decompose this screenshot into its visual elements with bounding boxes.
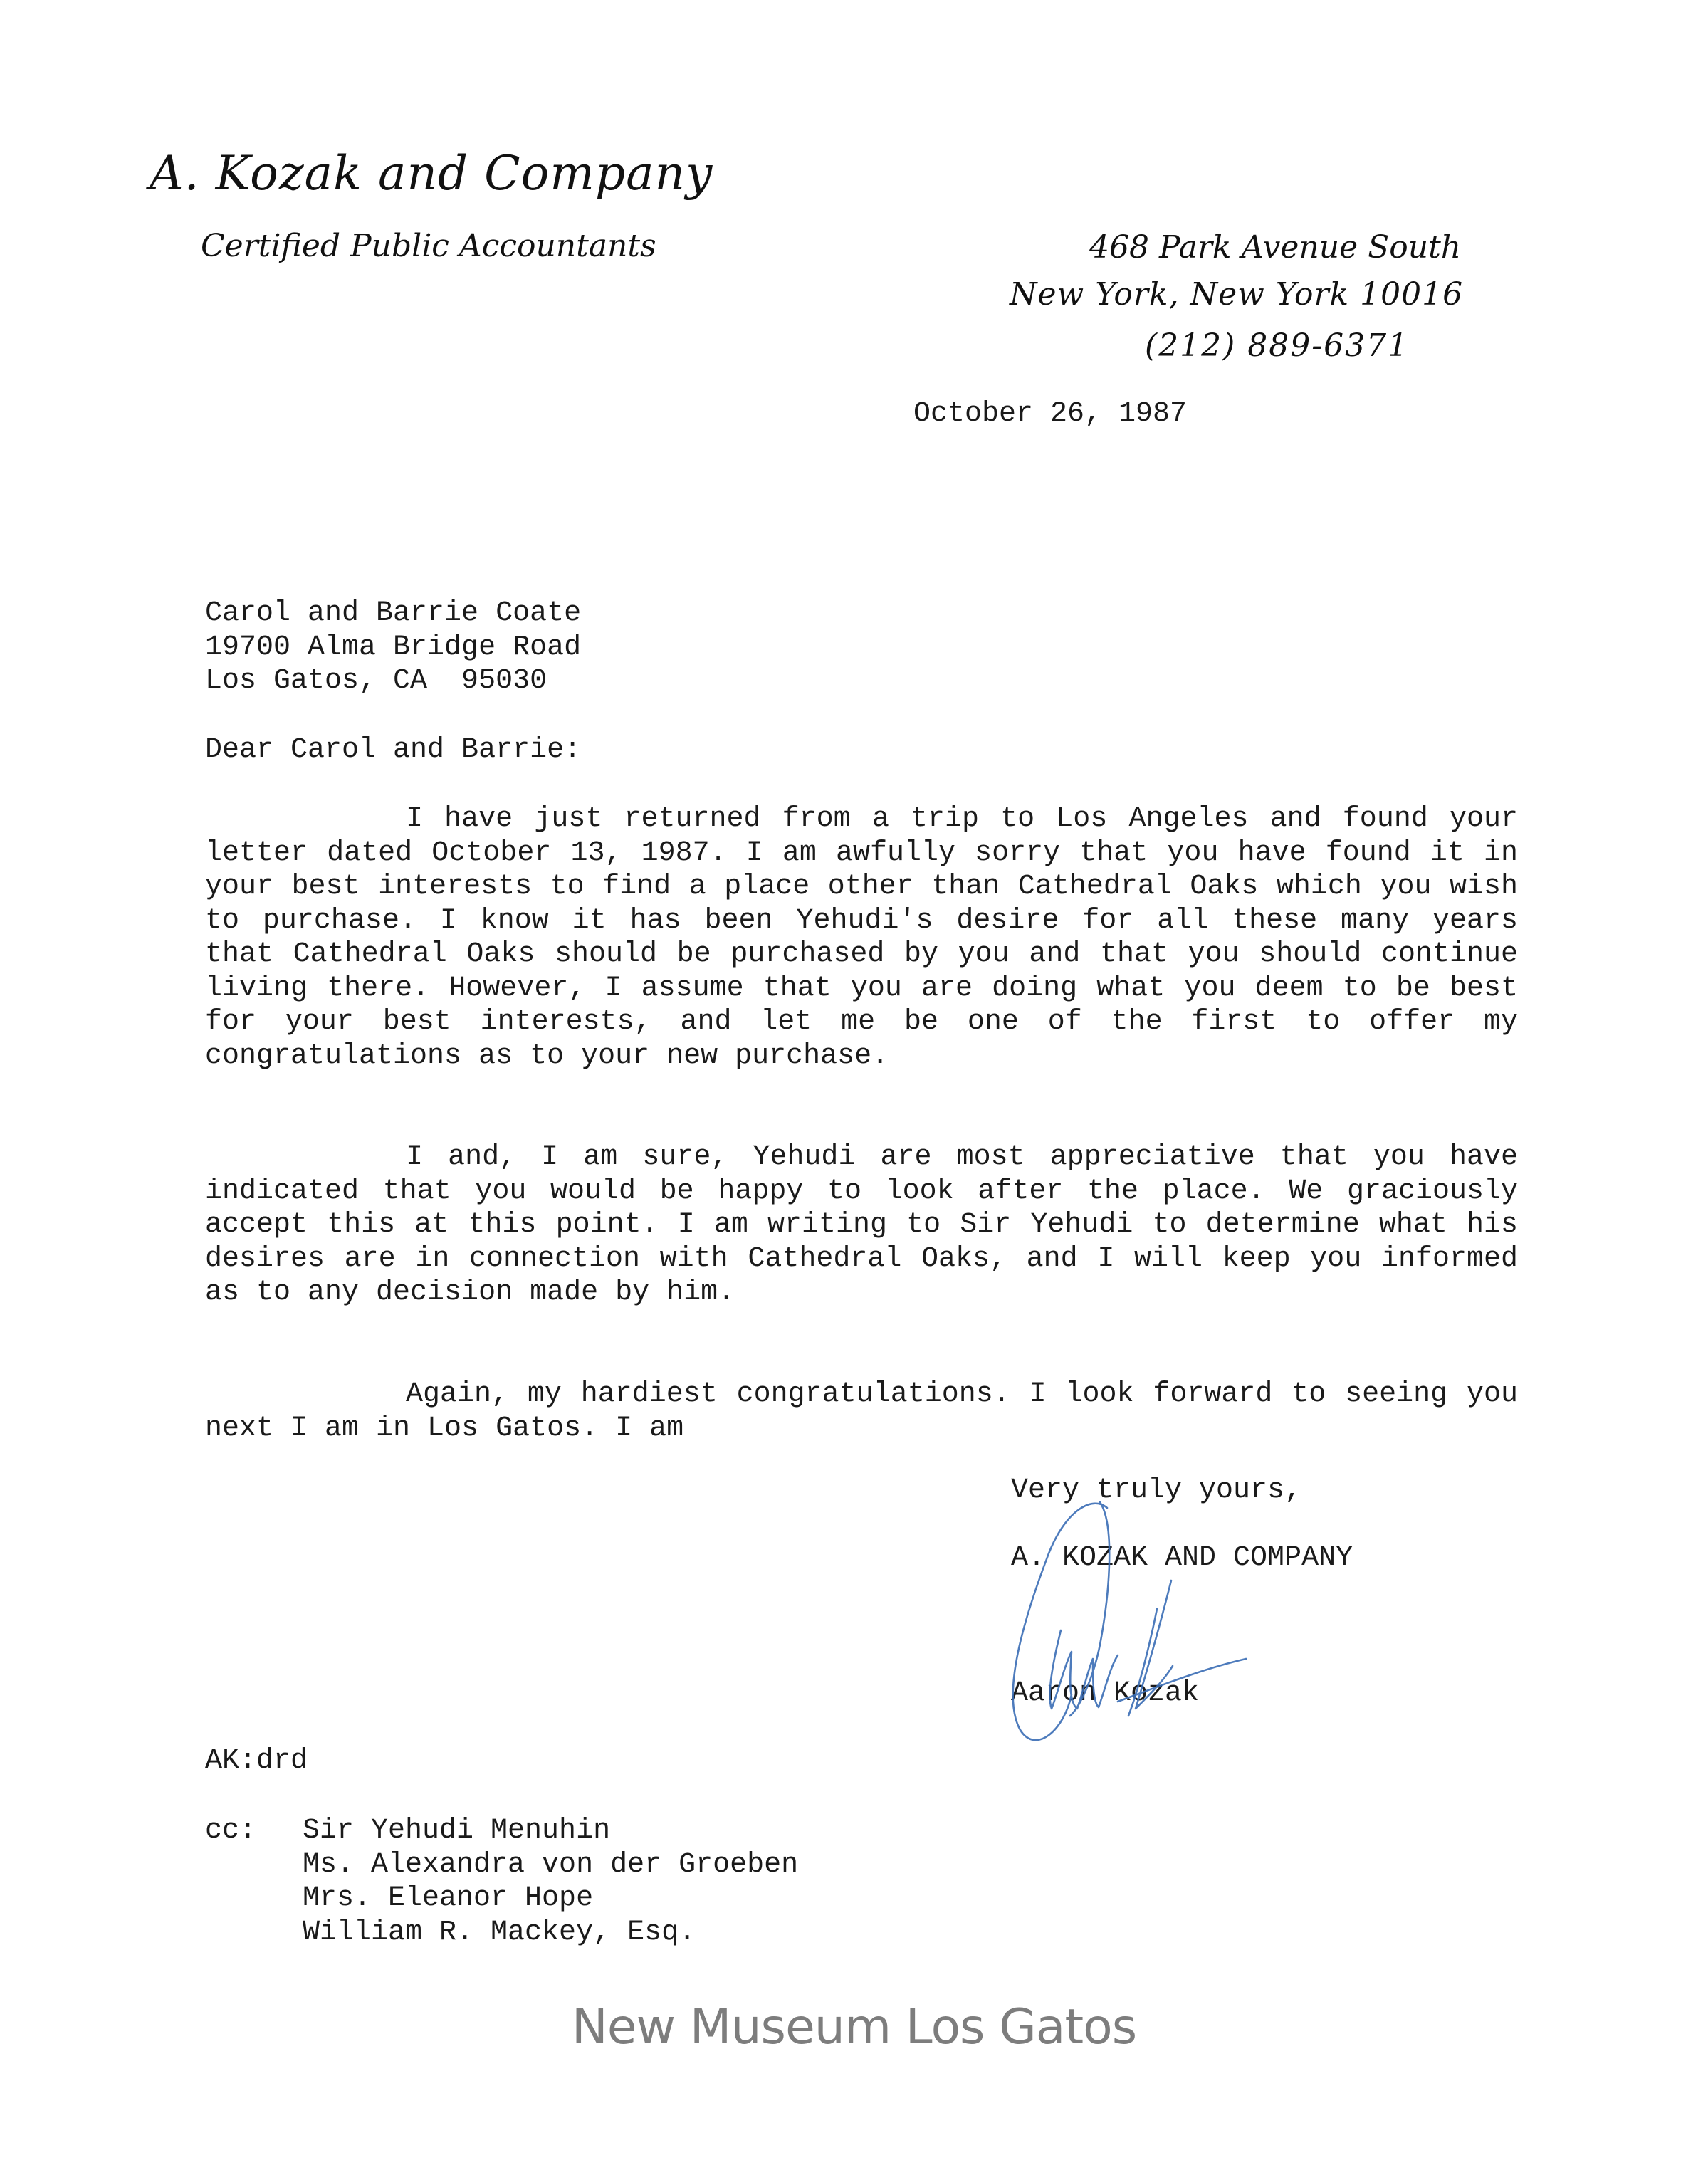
- body-paragraph-2: I and, I am sure, Yehudi are most apprec…: [205, 1141, 1518, 1310]
- signer-name: Aaron Kozak: [1011, 1677, 1199, 1711]
- firm-address-line2: New York, New York 10016: [1010, 276, 1463, 313]
- letter-date: October 26, 1987: [913, 397, 1187, 431]
- cc-recipient: Mrs. Eleanor Hope: [303, 1882, 798, 1916]
- recipient-address: Carol and Barrie Coate 19700 Alma Bridge…: [205, 597, 581, 698]
- body-paragraph-1: I have just returned from a trip to Los …: [205, 802, 1518, 1073]
- recipient-city: Los Gatos, CA 95030: [205, 664, 581, 698]
- museum-watermark: New Museum Los Gatos: [0, 1999, 1708, 2055]
- cc-recipient: Sir Yehudi Menuhin: [303, 1814, 798, 1848]
- recipient-name: Carol and Barrie Coate: [205, 597, 581, 631]
- firm-phone: (212) 889-6371: [1145, 327, 1409, 364]
- firm-subtitle: Certified Public Accountants: [201, 228, 656, 264]
- cc-recipient: Ms. Alexandra von der Groeben: [303, 1848, 798, 1882]
- valediction: Very truly yours,: [1011, 1474, 1301, 1508]
- firm-address-line1: 468 Park Avenue South: [1089, 229, 1461, 266]
- cc-list: Sir Yehudi Menuhin Ms. Alexandra von der…: [303, 1814, 798, 1949]
- recipient-street: 19700 Alma Bridge Road: [205, 631, 581, 665]
- body-paragraph-3: Again, my hardiest congratulations. I lo…: [205, 1378, 1518, 1445]
- handwritten-signature-icon: [986, 1481, 1306, 1751]
- signature-company: A. KOZAK AND COMPANY: [1011, 1541, 1353, 1576]
- reference-initials: AK:drd: [205, 1744, 308, 1778]
- cc-label: cc:: [205, 1814, 256, 1848]
- cc-recipient: William R. Mackey, Esq.: [303, 1916, 798, 1950]
- firm-name: A. Kozak and Company: [150, 146, 713, 201]
- salutation: Dear Carol and Barrie:: [205, 733, 581, 767]
